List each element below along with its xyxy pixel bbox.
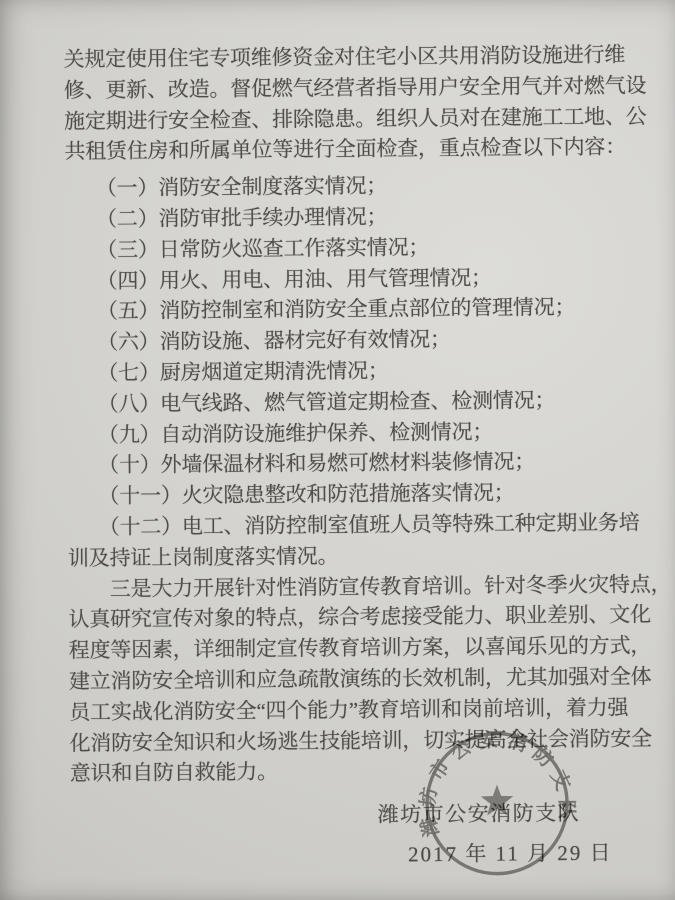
list-item-line: （九）自动消防设施维护保养、检测情况； [67, 415, 637, 451]
star-icon [481, 784, 514, 815]
list-item-line: （十一）火灾隐患整改和防范措施落实情况； [67, 477, 637, 513]
scanned-document-photo: 关规定使用住宅专项维修资金对住宅小区共用消防设施进行维 修、更新、改造。督促燃气… [0, 0, 675, 900]
list-item-line: （四）用火、用电、用油、用气管理情况； [65, 261, 635, 297]
text-line: 施定期进行安全检查、排除隐患。组织人员对在建施工工地、公 [64, 101, 634, 137]
list-item-line: （七）厨房烟道定期清洗情况； [66, 353, 636, 389]
list-item-line: （五）消防控制室和消防安全重点部位的管理情况； [66, 292, 636, 328]
text-line: 关规定使用住宅专项维修资金对住宅小区共用消防设施进行维 [63, 39, 633, 75]
list-item-line: 训及持证上岗制度落实情况。 [68, 538, 638, 574]
list-item-line: （十二）电工、消防控制室值班人员等特殊工种定期业务培 [68, 507, 638, 543]
list-item-line: （一）消防安全制度落实情况； [65, 169, 635, 205]
document-page: 关规定使用住宅专项维修资金对住宅小区共用消防设施进行维 修、更新、改造。督促燃气… [0, 0, 675, 900]
text-line: 程度等因素，详细制定宣传教育培训方案，以喜闻乐见的方式， [69, 631, 639, 667]
text-line: 共租赁住房和所属单位等进行全面检查，重点检查以下内容： [64, 132, 634, 168]
list-item-line: （八）电气线路、燃气管道定期检查、检测情况； [66, 384, 636, 420]
official-seal: 潍坊市公安消防支队 [414, 721, 579, 886]
text-line: 修、更新、改造。督促燃气经营者指导用户安全用气并对燃气设 [64, 70, 634, 106]
list-item-line: （六）消防设施、器材完好有效情况； [66, 323, 636, 359]
text-line: 建立消防安全培训和应急疏散演练的长效机制，尤其加强对全体 [69, 661, 639, 697]
svg-text:潍坊市公安消防支队: 潍坊市公安消防支队 [415, 727, 577, 840]
list-item-line: （三）日常防火巡查工作落实情况； [65, 230, 635, 266]
text-line: 三是大力开展针对性消防宣传教育培训。针对冬季火灾特点， [68, 569, 638, 605]
text-line: 认真研究宣传对象的特点，综合考虑接受能力、职业差别、文化 [68, 600, 638, 636]
list-item-line: （十）外墙保温材料和易燃可燃材料装修情况； [67, 446, 637, 482]
seal-arc-text: 潍坊市公安消防支队 [415, 727, 577, 840]
list-item-line: （二）消防审批手续办理情况； [65, 199, 635, 235]
